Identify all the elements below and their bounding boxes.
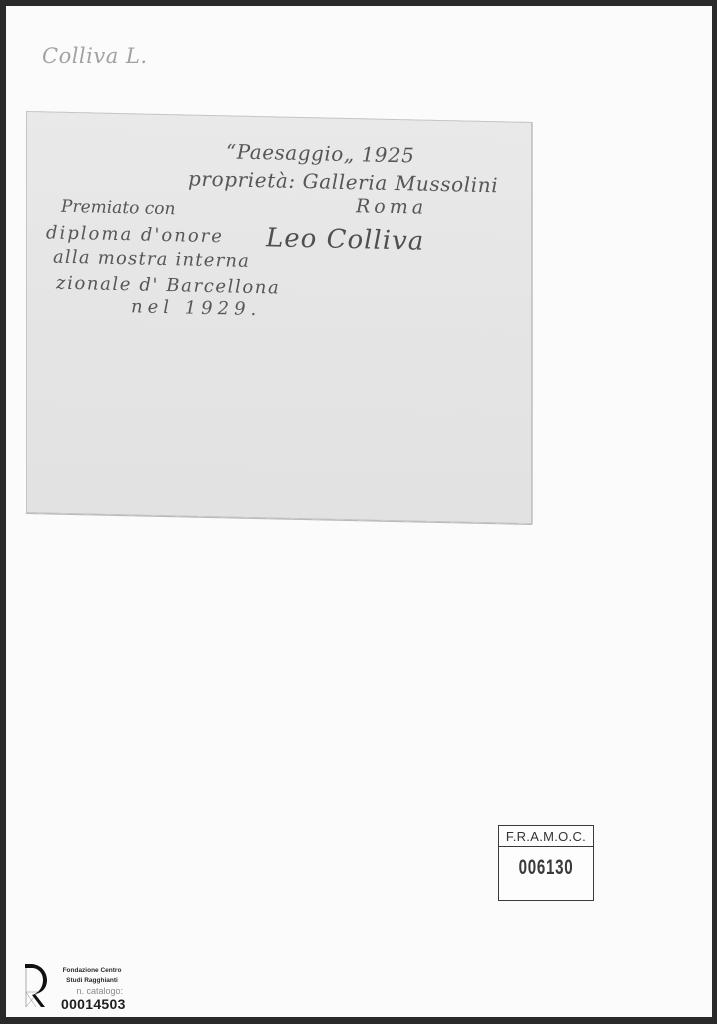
catalog-label: n. catalogo: — [61, 986, 123, 996]
stamp-header: F.R.A.M.O.C. — [499, 826, 593, 847]
handwritten-award-line: zionale d' Barcellona — [56, 275, 280, 298]
framoc-stamp: F.R.A.M.O.C. 006130 — [498, 825, 594, 901]
artist-signature: Leo Colliva — [266, 225, 424, 254]
foundation-name-line2: Studi Ragghianti — [61, 976, 123, 986]
catalog-number: 00014503 — [61, 996, 123, 1012]
foundation-credit: Fondazione Centro Studi Ragghianti n. ca… — [61, 966, 123, 1012]
handwritten-owner: proprietà: Galleria Mussolini — [188, 169, 498, 196]
foundation-name-line1: Fondazione Centro — [61, 966, 123, 976]
archive-sheet: Colliva L. “Paesaggio„ 1925 proprietà: G… — [6, 6, 712, 1017]
handwritten-award-line: Premiato con — [61, 199, 176, 218]
ragghianti-logo-icon — [24, 962, 48, 1008]
stamp-number: 006130 — [512, 857, 580, 878]
handwritten-award-line: nel 1929. — [131, 298, 261, 319]
handwritten-title: “Paesaggio„ 1925 — [226, 141, 414, 165]
handwritten-award-line: alla mostra interna — [53, 249, 250, 271]
photo-back-card: “Paesaggio„ 1925 proprietà: Galleria Mus… — [26, 111, 532, 524]
pencil-artist-note: Colliva L. — [42, 44, 148, 68]
handwritten-award-line: diploma d'onore — [46, 224, 224, 246]
handwritten-place: Roma — [356, 197, 427, 218]
